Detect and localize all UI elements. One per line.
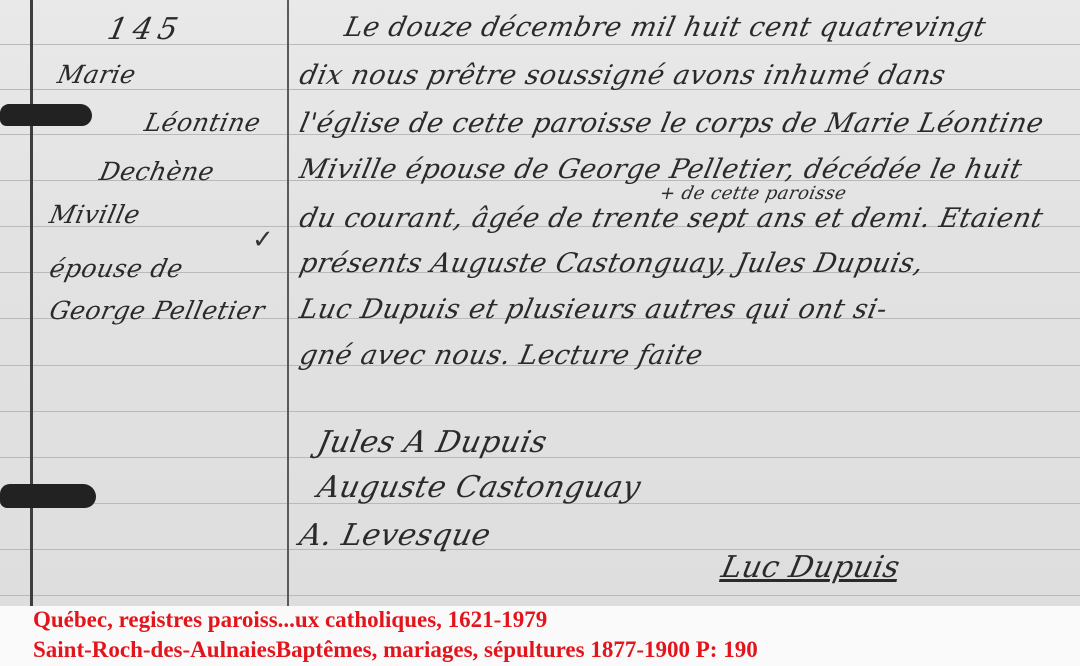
ink-blot	[0, 104, 92, 126]
margin-name-line: Miville	[47, 200, 143, 229]
margin-name-line: Dechène	[97, 157, 217, 186]
source-caption: Québec, registres paroiss...ux catholiqu…	[0, 606, 1080, 666]
margin-rule-right	[287, 0, 289, 614]
record-text-line: l'église de cette paroisse le corps de M…	[297, 108, 1047, 139]
record-text-line: dix nous prêtre soussigné avons inhumé d…	[297, 60, 949, 91]
signature: A. Levesque	[296, 518, 494, 553]
signature: Jules A Dupuis	[314, 425, 550, 460]
record-text-line: Luc Dupuis et plusieurs autres qui ont s…	[297, 294, 891, 325]
interlinear-note: + de cette paroisse	[658, 183, 849, 204]
signature: Luc Dupuis	[718, 550, 903, 585]
signature: Auguste Castonguay	[314, 470, 644, 505]
margin-name-line: Léontine	[142, 108, 264, 137]
check-mark-icon: ✓	[252, 225, 274, 255]
margin-rule-left	[30, 0, 33, 614]
margin-name-line: Marie	[55, 60, 139, 89]
caption-register-detail: Saint-Roch-des-AulnaiesBaptêmes, mariage…	[33, 637, 758, 663]
record-text-line: gné avec nous. Lecture faite	[297, 340, 706, 371]
register-page-scan: 145 Marie Léontine Dechène Miville ✓ épo…	[0, 0, 1080, 614]
record-text-line: présents Auguste Castonguay, Jules Dupui…	[297, 248, 927, 279]
margin-name-line: épouse de	[47, 254, 186, 283]
record-text-line: du courant, âgée de trente sept ans et d…	[297, 203, 1046, 234]
caption-collection-title: Québec, registres paroiss...ux catholiqu…	[33, 607, 547, 633]
ink-blot	[0, 484, 96, 508]
record-text-line: Le douze décembre mil huit cent quatrevi…	[342, 12, 989, 43]
margin-name-line: George Pelletier	[47, 296, 268, 325]
entry-number: 145	[104, 12, 187, 47]
ruled-line	[0, 549, 1080, 550]
record-text-line: Miville épouse de George Pelletier, décé…	[297, 154, 1025, 185]
ruled-line	[0, 595, 1080, 596]
ruled-line	[0, 411, 1080, 412]
